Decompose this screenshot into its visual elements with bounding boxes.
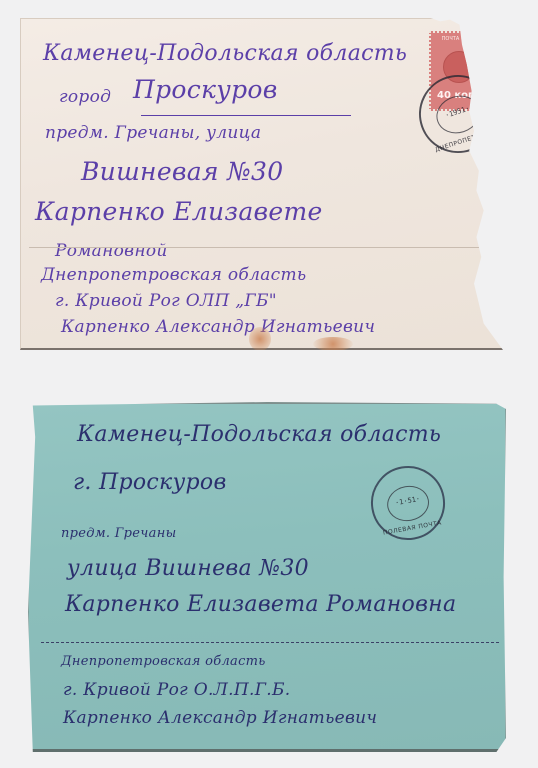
city-underline xyxy=(141,115,351,116)
sender-region: Днепропетровская область xyxy=(61,654,266,669)
recipient-region: Каменец-Подольская область xyxy=(77,422,441,447)
recipient-street: улица Вишнева №30 xyxy=(67,556,309,581)
sender-name: Карпенко Александр Игнатьевич xyxy=(61,317,375,337)
envelope-blue: ·1·51· ПОЛЕВАЯ ПОЧТА Каменец-Подольская … xyxy=(28,402,506,752)
recipient-name: Карпенко Елизавете xyxy=(35,197,323,226)
recipient-street: Вишневая №30 xyxy=(81,157,283,186)
recipient-suburb: предм. Гречаны, улица xyxy=(45,123,261,143)
sender-city: г. Кривой Рог О.Л.П.Г.Б. xyxy=(63,680,290,700)
sender-city: г. Кривой Рог ОЛП „ГБ" xyxy=(55,291,277,311)
recipient-patronymic: Романовной xyxy=(55,241,168,261)
stain-mark xyxy=(249,327,271,351)
recipient-city: Проскуров xyxy=(133,75,278,104)
postmark-stamp: ·1·51· ПОЛЕВАЯ ПОЧТА xyxy=(365,460,451,546)
recipient-region: Каменец-Подольская область xyxy=(43,41,407,66)
recipient-city: г. Проскуров xyxy=(73,470,227,495)
envelope-fold-line xyxy=(29,247,482,248)
postmark-stamp: ·1951· ДНЕПРОПЕТРОВСК xyxy=(409,65,507,163)
postmark-city: ПОЛЕВАЯ ПОЧТА xyxy=(377,519,447,538)
recipient-name: Карпенко Елизавета Романовна xyxy=(65,592,456,617)
sender-name: Карпенко Александр Игнатьевич xyxy=(63,708,377,728)
recipient-suburb: предм. Гречаны xyxy=(61,526,176,541)
stamp-header: ПОЧТА СССР xyxy=(431,36,485,42)
envelope-cream: ПОЧТА СССР 40 коп ·1951· ДНЕПРОПЕТРОВСК … xyxy=(20,18,503,350)
address-divider-line xyxy=(41,642,499,643)
sender-region: Днепропетровская область xyxy=(41,265,306,285)
recipient-city-prefix: город xyxy=(59,87,111,107)
stain-mark xyxy=(313,337,353,351)
